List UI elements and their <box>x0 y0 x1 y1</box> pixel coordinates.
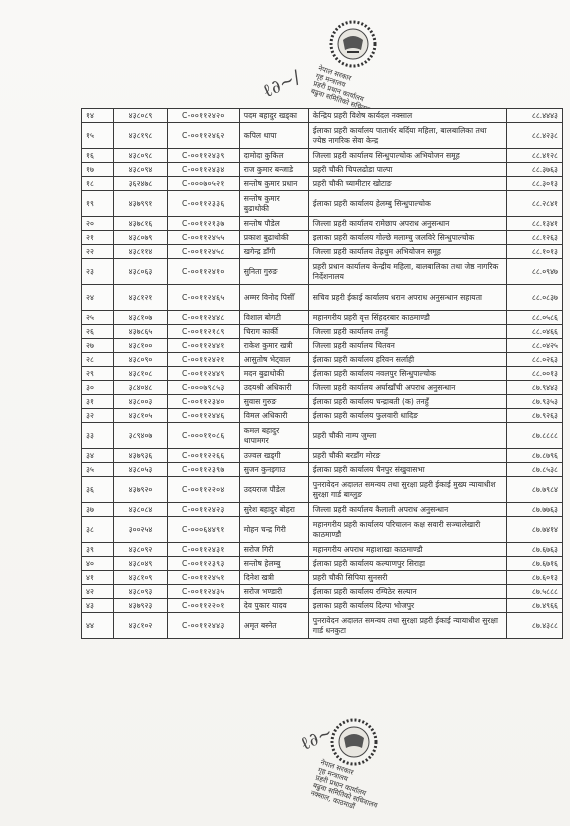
score-cell: ८७.८५३८ <box>507 463 563 477</box>
symbol-code-cell: C-००११२४५१ <box>167 571 239 585</box>
serial-number-cell: ३१ <box>82 395 114 409</box>
serial-number-cell: ३७ <box>82 503 114 517</box>
roll-number-cell: ४३७८१६ <box>114 217 168 231</box>
office-name-cell: महानगरीय प्रहरी वृत्त सिंहदरबार काठमाण्ड… <box>308 311 506 325</box>
table-row: २६४३७८६५C-००११२१८९चिराग कार्कीजिल्ला प्र… <box>82 325 563 339</box>
roll-number-cell: ४३८०९० <box>114 353 168 367</box>
table-row: ३२४३८१०५C-००११२४४६विमल अधिकारीईलाका प्रह… <box>82 409 563 423</box>
score-cell: ८८.०४६६ <box>507 325 563 339</box>
table-row: ३३३८९४०७C-०००११०८६कमल बहादुर थापामगरप्रह… <box>82 423 563 449</box>
symbol-code-cell: C-००११२४५५ <box>167 231 239 245</box>
symbol-code-cell: C-००११२२०४ <box>167 477 239 503</box>
score-cell: ८७.६०१३ <box>507 571 563 585</box>
table-row: २४४३८१२१C-००११२४६५अम्मर विनोद पिसीँसचिव … <box>82 285 563 311</box>
candidate-name-cell: सुजन कुनइगाउ <box>239 463 308 477</box>
candidate-name-cell: राकेश कुमार खत्री <box>239 339 308 353</box>
score-cell: ८८.०४२५ <box>507 339 563 353</box>
roll-number-cell: ४३८११४ <box>114 245 168 259</box>
symbol-code-cell: C-०००६४४९१ <box>167 517 239 543</box>
official-seal-bottom: नेपाल सरकार गृह मन्त्रालय प्रहरी प्रधान … <box>310 716 388 794</box>
document-page: ℓ∂~/ नेपाल सरकार गृह मन्त्रालय प्रहरी प्… <box>0 0 570 826</box>
score-cell: ८७.४३८८ <box>507 613 563 639</box>
score-cell: ८७.६७१६ <box>507 557 563 571</box>
score-cell: ८८.१२६३ <box>507 231 563 245</box>
symbol-code-cell: C-००११२१८९ <box>167 325 239 339</box>
roll-number-cell: ४३७९२० <box>114 477 168 503</box>
office-name-cell: महानगरीय अपराध महाशाखा काठमाण्डौ <box>308 543 506 557</box>
roll-number-cell: ४३८०५३ <box>114 463 168 477</box>
office-name-cell: ईलाका प्रहरी कार्यालय पातार्थर बर्दिया म… <box>308 123 506 149</box>
roll-number-cell: ४३८१०९ <box>114 571 168 585</box>
roll-number-cell: ४३८१०५ <box>114 409 168 423</box>
office-name-cell: पुनरावेदन अदालत समन्वय तथा सुरक्षा प्रहर… <box>308 613 506 639</box>
symbol-code-cell: C-००११२४५८ <box>167 245 239 259</box>
candidate-name-cell: चिराग कार्की <box>239 325 308 339</box>
symbol-code-cell: C-००११२४४८ <box>167 311 239 325</box>
symbol-code-cell: C-००११२४६२ <box>167 123 239 149</box>
score-cell: ८८.४४४३ <box>507 109 563 123</box>
serial-number-cell: ३२ <box>82 409 114 423</box>
score-cell: ८८.३०१३ <box>507 177 563 191</box>
serial-number-cell: २१ <box>82 231 114 245</box>
score-cell: ८७.४९६६ <box>507 599 563 613</box>
score-cell: ८८.३७६३ <box>507 163 563 177</box>
table-row: १९४३७९९१C-००११२३३६सन्तोष कुमार बुढाथोकीई… <box>82 191 563 217</box>
serial-number-cell: २८ <box>82 353 114 367</box>
office-name-cell: जिल्ला प्रहरी कार्यालय सिन्धुपाल्चोक अभि… <box>308 149 506 163</box>
office-name-cell: जिल्ला प्रहरी कार्यालय कैलाली अपराध अनुस… <box>308 503 506 517</box>
score-cell: ८७.७९८४ <box>507 477 563 503</box>
office-name-cell: इलाका प्रहरी कार्यालय गोल्छे मलाम्चु जलव… <box>308 231 506 245</box>
roll-number-cell: ४३७८६५ <box>114 325 168 339</box>
office-name-cell: महानगरीय प्रहरी कार्यालय परिचालन कक्ष सव… <box>308 517 506 543</box>
roll-number-cell: ४३८१०० <box>114 339 168 353</box>
table-row: ४१४३८१०९C-००११२४५१दिनेश खत्रीप्रहरी चौकी… <box>82 571 563 585</box>
office-name-cell: ईलाका प्रहरी कार्यालय कल्याणपुर सिराहा <box>308 557 506 571</box>
symbol-code-cell: C-००११२३९७ <box>167 463 239 477</box>
symbol-code-cell: C-००११२४१० <box>167 259 239 285</box>
symbol-code-cell: C-००११२४४६ <box>167 409 239 423</box>
roll-number-cell: ३००२५४ <box>114 517 168 543</box>
table-row: २८४३८०९०C-००११२४२१आसुतोष भेट्वालईलाका प्… <box>82 353 563 367</box>
serial-number-cell: ४० <box>82 557 114 571</box>
candidate-name-cell: दामोदा कुकिल <box>239 149 308 163</box>
score-cell: ८७.९२६३ <box>507 409 563 423</box>
candidate-name-cell: सरोज गिरी <box>239 543 308 557</box>
signature-top: ℓ∂~/ <box>259 67 303 103</box>
score-cell: ८७.८८८८ <box>507 423 563 449</box>
candidate-name-cell: देव पुकार यादव <box>239 599 308 613</box>
score-cell: ८७.९४४३ <box>507 381 563 395</box>
candidate-name-cell: दिनेश खत्री <box>239 571 308 585</box>
table-row: ३५४३८०५३C-००११२३९७सुजन कुनइगाउईलाका प्रह… <box>82 463 563 477</box>
roll-number-cell: ४३८०९४ <box>114 163 168 177</box>
score-cell: ८८.०२६३ <box>507 353 563 367</box>
candidate-name-cell: उज्वल खड्गी <box>239 449 308 463</box>
symbol-code-cell: C-००११२४४९ <box>167 367 239 381</box>
serial-number-cell: ४१ <box>82 571 114 585</box>
office-name-cell: पुनरावेदन अदालत समन्वय तथा सुरक्षा प्रहर… <box>308 477 506 503</box>
symbol-code-cell: C-००११२४३१ <box>167 543 239 557</box>
table-row: १७४३८०९४C-००११२४३४राज कुमार बन्जाडेप्रहर… <box>82 163 563 177</box>
serial-number-cell: ४३ <box>82 599 114 613</box>
symbol-code-cell: C-००११२२०१ <box>167 599 239 613</box>
symbol-code-cell: C-००११२४२३ <box>167 503 239 517</box>
roll-number-cell: ४३८१०८ <box>114 367 168 381</box>
table-row: २२४३८११४C-००११२४५८खगेन्द्र डाँगीजिल्ला प… <box>82 245 563 259</box>
symbol-code-cell: C-००११२४३४ <box>167 163 239 177</box>
candidate-name-cell: कपिल थापा <box>239 123 308 149</box>
table-row: ४०४३८०४९C-००११२३९३सन्तोष हेलम्बुईलाका प्… <box>82 557 563 571</box>
symbol-code-cell: C-००११२३४० <box>167 395 239 409</box>
office-name-cell: जिल्ला प्रहरी कार्यालय तनहुँ <box>308 325 506 339</box>
score-cell: ८८.००१३ <box>507 367 563 381</box>
serial-number-cell: ३४ <box>82 449 114 463</box>
symbol-code-cell: C-००११२४६५ <box>167 285 239 311</box>
table-row: १८३६२४७८C-०००७०५२१सन्तोष कुमार प्रधानप्र… <box>82 177 563 191</box>
symbol-code-cell: C-००११२४२१ <box>167 353 239 367</box>
serial-number-cell: २२ <box>82 245 114 259</box>
office-name-cell: जिल्ला प्रहरी कार्यालय तेह्रथुम अभियोजन … <box>308 245 506 259</box>
score-cell: ८७.९३५३ <box>507 395 563 409</box>
office-name-cell: ईलाका प्रहरी कार्यालय फुलवारी धादिङ <box>308 409 506 423</box>
symbol-code-cell: C-००११२१३७ <box>167 217 239 231</box>
office-name-cell: प्रहरी चौकी नाम्प जुम्ला <box>308 423 506 449</box>
table-row: १६४३८०९८C-००११२४३९दामोदा कुकिलजिल्ला प्र… <box>82 149 563 163</box>
serial-number-cell: २७ <box>82 339 114 353</box>
office-name-cell: प्रहरी प्रधान कार्यालय केन्द्रीय महिला, … <box>308 259 506 285</box>
serial-number-cell: ४२ <box>82 585 114 599</box>
office-name-cell: इलाका प्रहरी कार्यालय दिल्पा भोजपुर <box>308 599 506 613</box>
roll-number-cell: ४३८०९८ <box>114 149 168 163</box>
serial-number-cell: ३० <box>82 381 114 395</box>
roll-number-cell: ४३८०९२ <box>114 543 168 557</box>
candidate-name-cell: सन्तोष कुमार बुढाथोकी <box>239 191 308 217</box>
symbol-code-cell: C-०००११०८६ <box>167 423 239 449</box>
score-cell: ८७.५८८८ <box>507 585 563 599</box>
serial-number-cell: १८ <box>82 177 114 191</box>
symbol-code-cell: C-०००७०५२१ <box>167 177 239 191</box>
symbol-code-cell: C-०००७९८५३ <box>167 381 239 395</box>
candidate-name-cell: अमृत बस्नेत <box>239 613 308 639</box>
roll-number-cell: ३८९४०७ <box>114 423 168 449</box>
roll-number-cell: ३६२४७८ <box>114 177 168 191</box>
score-cell: ८७.७४१४ <box>507 517 563 543</box>
candidate-name-cell: विमल अधिकारी <box>239 409 308 423</box>
serial-number-cell: १९ <box>82 191 114 217</box>
roll-number-cell: ४३८१२१ <box>114 285 168 311</box>
roll-number-cell: ४३८०९३ <box>114 585 168 599</box>
candidate-name-cell: सुवास गुरुङ <box>239 395 308 409</box>
candidate-name-cell: उदयराज पौडेल <box>239 477 308 503</box>
symbol-code-cell: C-००११२४३९ <box>167 149 239 163</box>
office-name-cell: ईलाका प्रहरी कार्यालय रम्पिठेर सल्यान <box>308 585 506 599</box>
candidate-name-cell: आसुतोष भेट्वाल <box>239 353 308 367</box>
serial-number-cell: १६ <box>82 149 114 163</box>
symbol-code-cell: C-००११२४३५ <box>167 585 239 599</box>
serial-number-cell: ३८ <box>82 517 114 543</box>
office-name-cell: ईलाका प्रहरी कार्यालय हरिवन सर्लाही <box>308 353 506 367</box>
symbol-code-cell: C-००११२३३६ <box>167 191 239 217</box>
table-row: ३४४३७९३६C-००११२२६६उज्वल खड्गीप्रहरी चौकी… <box>82 449 563 463</box>
serial-number-cell: ३५ <box>82 463 114 477</box>
serial-number-cell: २४ <box>82 285 114 311</box>
serial-number-cell: २० <box>82 217 114 231</box>
candidate-name-cell: उदयश्री अधिकारी <box>239 381 308 395</box>
score-cell: ८८.०५८६ <box>507 311 563 325</box>
score-cell: ८८.१०१३ <box>507 245 563 259</box>
table-row: ३९४३८०९२C-००११२४३१सरोज गिरीमहानगरीय अपरा… <box>82 543 563 557</box>
table-row: १४४३८०८९C-००११२४२०पदम बहादुर खड्काकेन्द्… <box>82 109 563 123</box>
candidate-name-cell: प्रकाश बुढाथोकी <box>239 231 308 245</box>
candidate-name-cell: मोहन चन्द्र गिरी <box>239 517 308 543</box>
results-table: १४४३८०८९C-००११२४२०पदम बहादुर खड्काकेन्द्… <box>81 108 563 639</box>
roll-number-cell: ४३७९९१ <box>114 191 168 217</box>
office-name-cell: जिल्ला प्रहरी कार्यालय अर्घाखाँची अपराध … <box>308 381 506 395</box>
office-name-cell: ईलाका प्रहरी कार्यालय चैनपुर संखुवासभा <box>308 463 506 477</box>
official-seal-top: नेपाल सरकार गृह मन्त्रालय प्रहरी प्रधान … <box>303 16 381 94</box>
serial-number-cell: २५ <box>82 311 114 325</box>
table-row: २७४३८१००C-००११२४४१राकेश कुमार खत्रीजिल्ल… <box>82 339 563 353</box>
table-row: ३६४३७९२०C-००११२२०४उदयराज पौडेलपुनरावेदन … <box>82 477 563 503</box>
candidate-name-cell: अम्मर विनोद पिसीँ <box>239 285 308 311</box>
score-cell: ८८.०८३७ <box>507 285 563 311</box>
score-cell: ८७.६७६३ <box>507 543 563 557</box>
table-row: २०४३७८१६C-००११२१३७सन्तोष पौडेलजिल्ला प्र… <box>82 217 563 231</box>
serial-number-cell: १७ <box>82 163 114 177</box>
table-row: ३७४३८०८४C-००११२४२३सुरेश बहादुर बोहराजिल्… <box>82 503 563 517</box>
score-cell: ८८.०९४७ <box>507 259 563 285</box>
symbol-code-cell: C-००११२४२० <box>167 109 239 123</box>
serial-number-cell: २६ <box>82 325 114 339</box>
roll-number-cell: ४३८१०२ <box>114 613 168 639</box>
candidate-name-cell: खगेन्द्र डाँगी <box>239 245 308 259</box>
candidate-name-cell: सुनिता गुरुङ <box>239 259 308 285</box>
office-name-cell: जिल्ला प्रहरी कार्यालय रामेछाप अपराध अनु… <box>308 217 506 231</box>
office-name-cell: जिल्ला प्रहरी कार्यालय चितवन <box>308 339 506 353</box>
symbol-code-cell: C-००११२३९३ <box>167 557 239 571</box>
serial-number-cell: ३३ <box>82 423 114 449</box>
table-row: २३४३८०६३C-००११२४१०सुनिता गुरुङप्रहरी प्र… <box>82 259 563 285</box>
score-cell: ८७.८७९६ <box>507 449 563 463</box>
candidate-name-cell: विशाल बोगटी <box>239 311 308 325</box>
roll-number-cell: ४३७९३६ <box>114 449 168 463</box>
roll-number-cell: ४३८१०७ <box>114 311 168 325</box>
score-cell: ८८.४१२८ <box>507 149 563 163</box>
table-row: १५४३८१९८C-००११२४६२कपिल थापाईलाका प्रहरी … <box>82 123 563 149</box>
symbol-code-cell: C-००११२२६६ <box>167 449 239 463</box>
roll-number-cell: ४३८००३ <box>114 395 168 409</box>
roll-number-cell: ४३७९२३ <box>114 599 168 613</box>
candidate-name-cell: राज कुमार बन्जाडे <box>239 163 308 177</box>
candidate-name-cell: सन्तोष हेलम्बु <box>239 557 308 571</box>
score-cell: ८७.७७६३ <box>507 503 563 517</box>
roll-number-cell: ३८४०४८ <box>114 381 168 395</box>
candidate-name-cell: पदम बहादुर खड्का <box>239 109 308 123</box>
table-row: ३०३८४०४८C-०००७९८५३उदयश्री अधिकारीजिल्ला … <box>82 381 563 395</box>
serial-number-cell: १५ <box>82 123 114 149</box>
symbol-code-cell: C-००११२४४३ <box>167 613 239 639</box>
candidate-name-cell: मदन बुढाथोकी <box>239 367 308 381</box>
office-name-cell: ईलाका प्रहरी कार्यालय नवलपुर सिन्धुपाल्च… <box>308 367 506 381</box>
office-name-cell: ईलाका प्रहरी कार्यालय चन्द्राबती (क) तनह… <box>308 395 506 409</box>
office-name-cell: ईलाका प्रहरी कार्यालय हेलम्बु सिन्धुपाल्… <box>308 191 506 217</box>
candidate-name-cell: सुरेश बहादुर बोहरा <box>239 503 308 517</box>
roll-number-cell: ४३८०८४ <box>114 503 168 517</box>
serial-number-cell: १४ <box>82 109 114 123</box>
symbol-code-cell: C-००११२४४१ <box>167 339 239 353</box>
table-row: ३८३००२५४C-०००६४४९१मोहन चन्द्र गिरीमहानगर… <box>82 517 563 543</box>
table-row: ४२४३८०९३C-००११२४३५सरोज भण्डारीईलाका प्रह… <box>82 585 563 599</box>
office-name-cell: केन्द्रिय प्रहरी विशेष कार्यदल नक्साल <box>308 109 506 123</box>
candidate-name-cell: कमल बहादुर थापामगर <box>239 423 308 449</box>
score-cell: ८८.१३४१ <box>507 217 563 231</box>
table-row: ४३४३७९२३C-००११२२०१देव पुकार यादवइलाका प्… <box>82 599 563 613</box>
serial-number-cell: ३६ <box>82 477 114 503</box>
roll-number-cell: ४३८०८९ <box>114 109 168 123</box>
office-name-cell: प्रहरी चौकी सिपिया सुनसरी <box>308 571 506 585</box>
office-name-cell: प्रहरी चौकी चिपलढोडा पाल्पा <box>308 163 506 177</box>
roll-number-cell: ४३८१९८ <box>114 123 168 149</box>
office-name-cell: सचिव प्रहरी ईकाई कार्यालय धरान अपराध अनु… <box>308 285 506 311</box>
table-row: २५४३८१०७C-००११२४४८विशाल बोगटीमहानगरीय प्… <box>82 311 563 325</box>
score-cell: ८८.२८४१ <box>507 191 563 217</box>
roll-number-cell: ४३८०७९ <box>114 231 168 245</box>
candidate-name-cell: सन्तोष पौडेल <box>239 217 308 231</box>
table-row: ४४४३८१०२C-००११२४४३अमृत बस्नेतपुनरावेदन अ… <box>82 613 563 639</box>
candidate-name-cell: सन्तोष कुमार प्रधान <box>239 177 308 191</box>
serial-number-cell: २३ <box>82 259 114 285</box>
candidate-name-cell: सरोज भण्डारी <box>239 585 308 599</box>
serial-number-cell: ३९ <box>82 543 114 557</box>
roll-number-cell: ४३८०४९ <box>114 557 168 571</box>
office-name-cell: प्रहरी चौकी बरडाँग मोरङ <box>308 449 506 463</box>
serial-number-cell: २९ <box>82 367 114 381</box>
roll-number-cell: ४३८०६३ <box>114 259 168 285</box>
table-row: २९४३८१०८C-००११२४४९मदन बुढाथोकीईलाका प्रह… <box>82 367 563 381</box>
serial-number-cell: ४४ <box>82 613 114 639</box>
table-row: ३१४३८००३C-००११२३४०सुवास गुरुङईलाका प्रहर… <box>82 395 563 409</box>
table-row: २१४३८०७९C-००११२४५५प्रकाश बुढाथोकीइलाका प… <box>82 231 563 245</box>
office-name-cell: प्रहरी चौकी च्यामीटार खोटाङ <box>308 177 506 191</box>
score-cell: ८८.४२३८ <box>507 123 563 149</box>
